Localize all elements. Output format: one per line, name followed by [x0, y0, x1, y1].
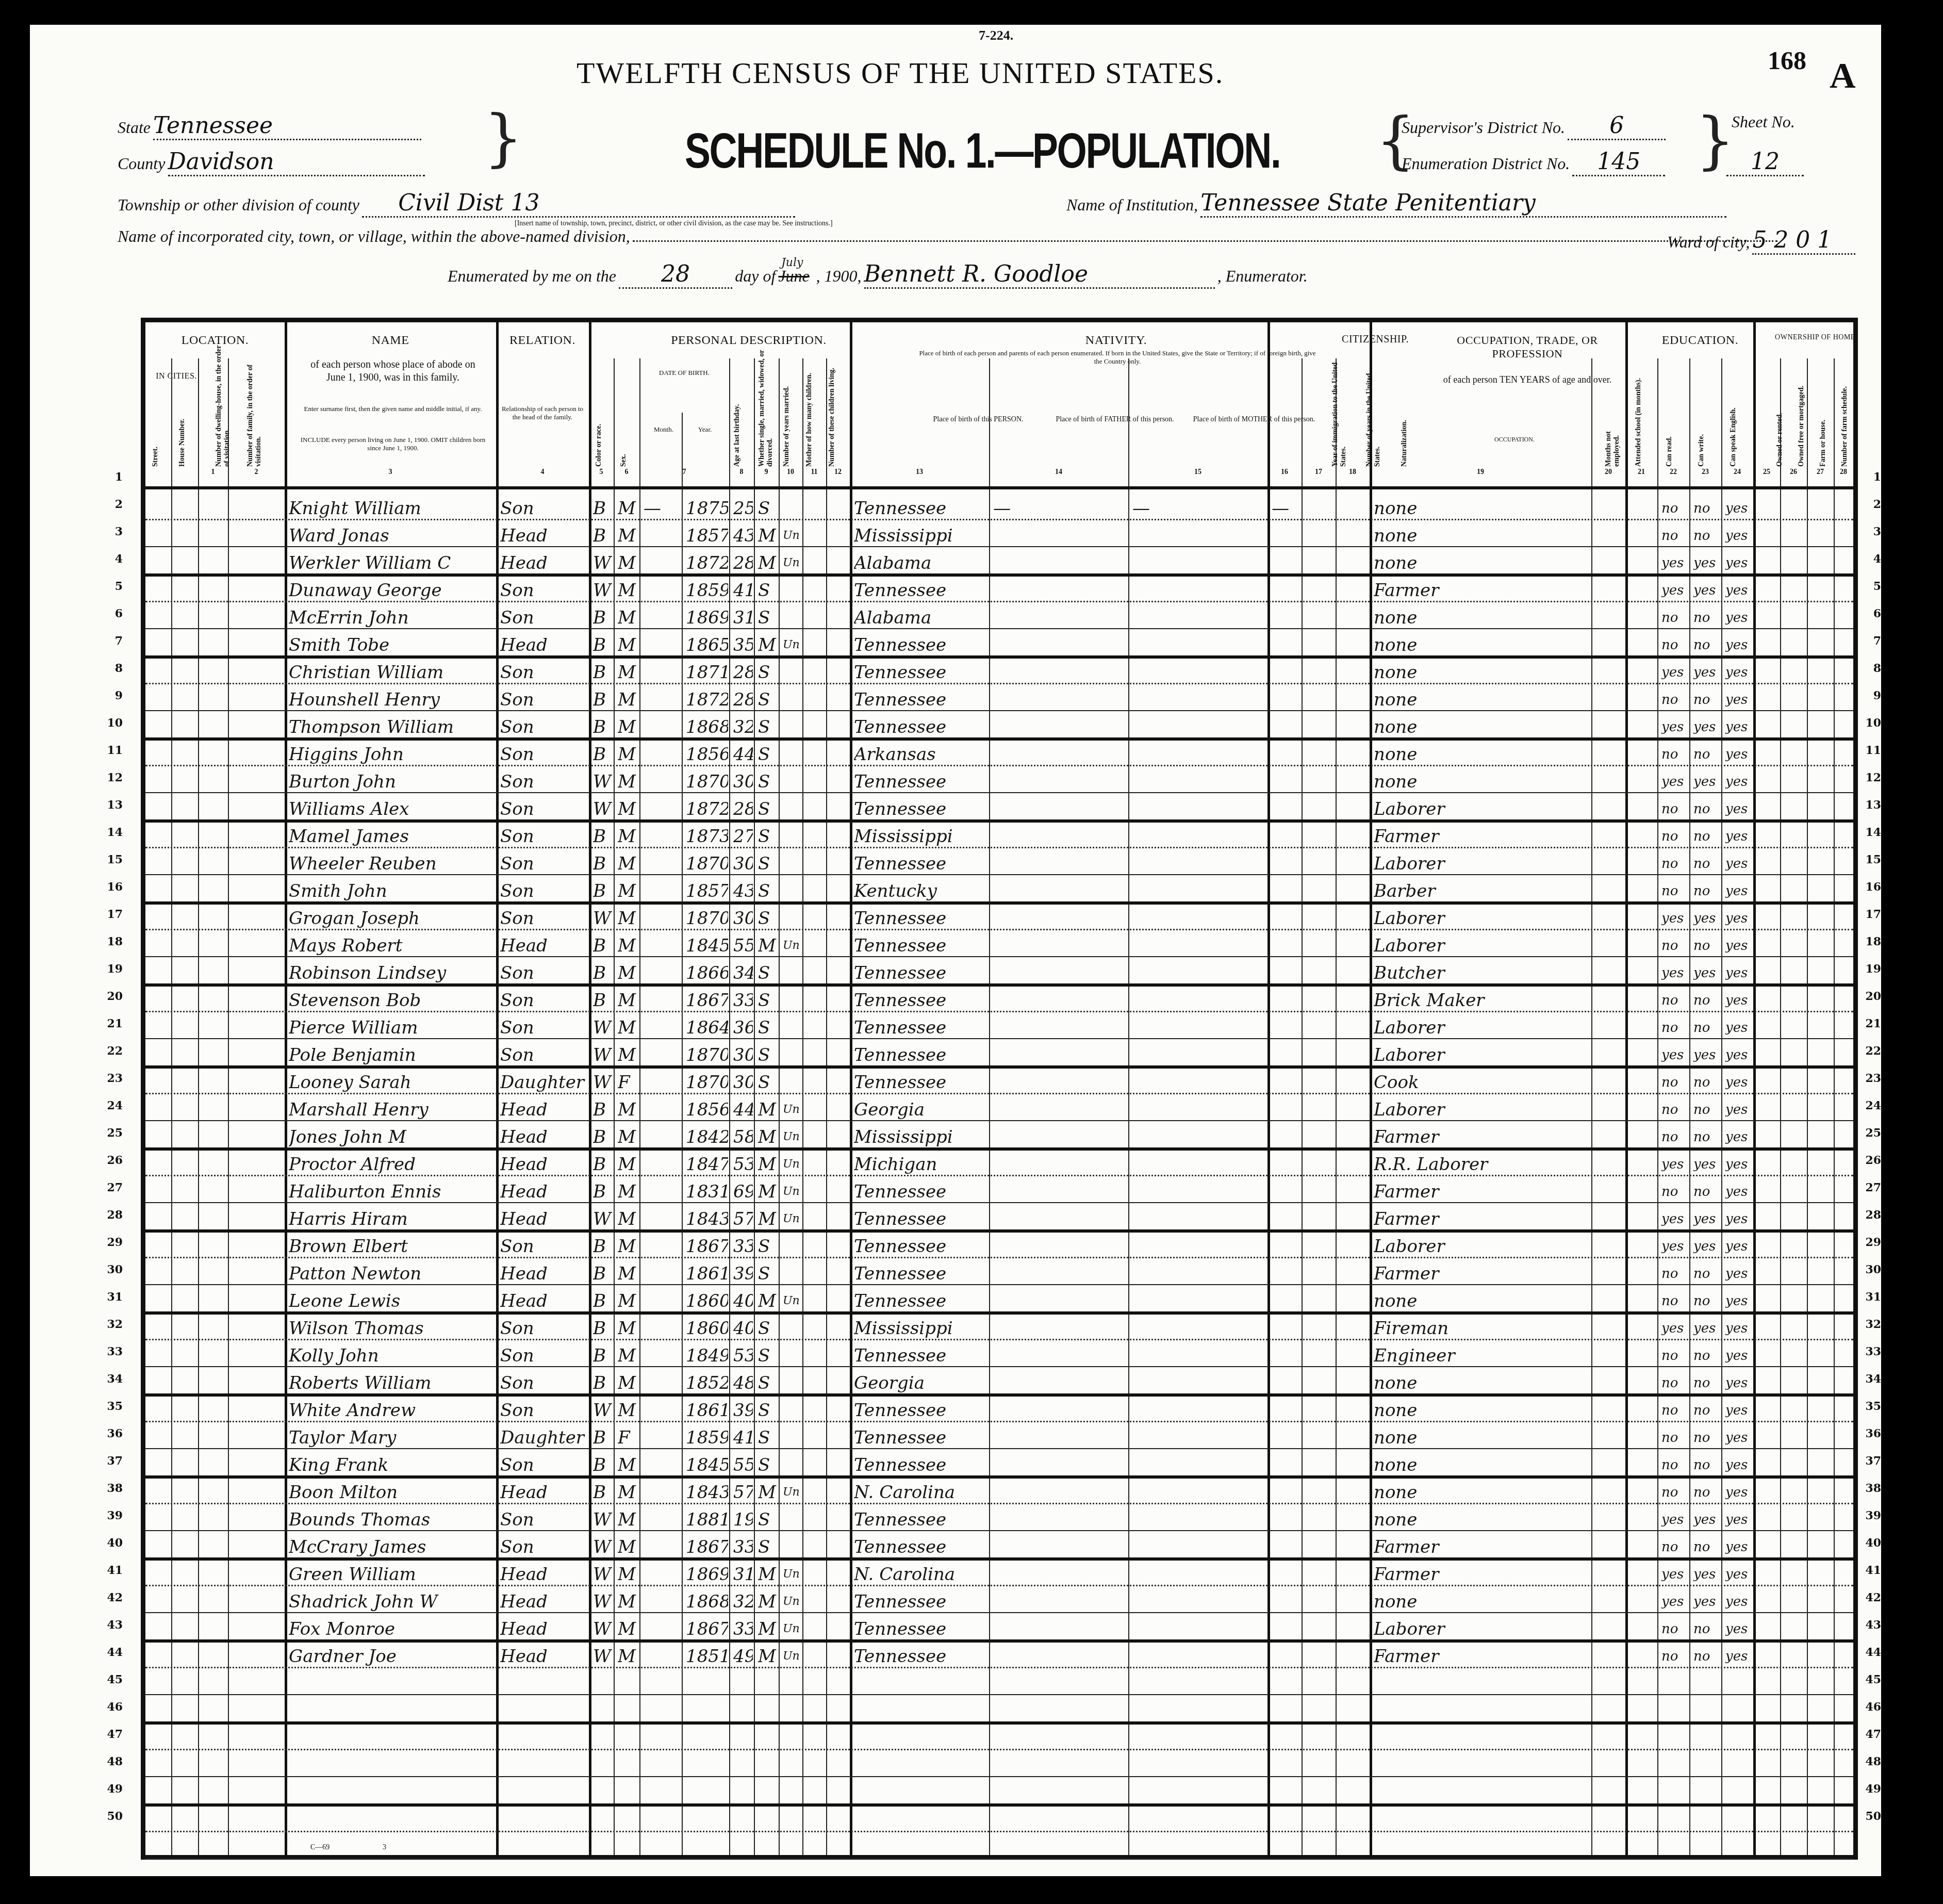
cell-month — [644, 520, 681, 547]
line-number: 34 — [92, 1372, 123, 1386]
cell-age: 30 — [733, 766, 753, 793]
table-row[interactable]: Marshall HenryHeadBM185644MUnGeorgiaLabo… — [145, 1094, 1853, 1121]
cell-english: yes — [1725, 1394, 1752, 1422]
cell-relation: Head — [500, 1121, 588, 1148]
row-divider — [145, 1257, 1853, 1258]
cell-name: Mays Robert — [289, 930, 495, 957]
table-row[interactable]: Werkler William CHeadWM187228MUnAlabaman… — [145, 547, 1853, 575]
cell-years-married — [783, 1066, 801, 1094]
enumeration-value: 145 — [1572, 149, 1665, 176]
cell-color: B — [593, 875, 613, 902]
cell-birth — [854, 1750, 988, 1777]
table-row[interactable]: Harris HiramHeadWM184357MUnTennesseeFarm… — [145, 1203, 1853, 1230]
cell-years-married — [783, 656, 801, 684]
cell-father — [993, 1367, 1127, 1394]
cell-mother — [1132, 1285, 1266, 1312]
cell-name — [289, 1695, 495, 1722]
cell-month — [644, 793, 681, 820]
cell-years-married: Un — [783, 1586, 801, 1613]
cell-write: no — [1693, 848, 1720, 875]
cell-years-married — [783, 1832, 801, 1859]
cell-father — [993, 1039, 1127, 1066]
cell-sex: M — [618, 820, 638, 848]
cell-read: yes — [1661, 766, 1688, 793]
row-divider — [145, 1639, 1853, 1643]
cell-sex: M — [618, 875, 638, 902]
cell-marital: M — [758, 1121, 778, 1148]
cell-month — [644, 1695, 681, 1722]
row-divider — [145, 1393, 1853, 1397]
cell-english: yes — [1725, 848, 1752, 875]
cell-english — [1725, 1722, 1752, 1750]
column-divider — [1625, 322, 1628, 1855]
line-number: 38 — [92, 1482, 123, 1495]
cell-occupation: none — [1374, 1476, 1590, 1504]
cell-month — [644, 1531, 681, 1558]
column-number: 20 — [1591, 468, 1625, 477]
population-table: LOCATION. IN CITIES. Street. House Numbe… — [141, 318, 1858, 1860]
line-number: 9 — [92, 689, 123, 702]
cell-marital: S — [758, 1367, 778, 1394]
cell-immig — [1272, 1695, 1300, 1722]
cell-year: 1845 — [686, 1449, 728, 1476]
column-divider — [496, 322, 499, 1855]
cell-age: 28 — [733, 656, 753, 684]
cell-month: — — [644, 493, 681, 520]
cell-english: yes — [1725, 1449, 1752, 1476]
cell-years-married — [783, 793, 801, 820]
column-divider — [198, 358, 199, 1855]
table-row[interactable]: Higgins JohnSonBM185644SArkansasnonenono… — [145, 738, 1853, 766]
cell-name: Leone Lewis — [289, 1285, 495, 1312]
cell-birth: Arkansas — [854, 738, 988, 766]
cell-immig — [1272, 1367, 1300, 1394]
cell-read: no — [1661, 875, 1688, 902]
cell-years-married — [783, 1531, 801, 1558]
cell-year: 1852 — [686, 1367, 728, 1394]
table-row[interactable]: Green WilliamHeadWM186931MUnN. CarolinaF… — [145, 1558, 1853, 1586]
row-divider — [145, 1475, 1853, 1479]
cell-color: B — [593, 602, 613, 629]
cell-years-married — [783, 493, 801, 520]
cell-read: no — [1661, 984, 1688, 1012]
column-number: 24 — [1721, 468, 1753, 477]
cell-month — [644, 1148, 681, 1176]
cell-name: Jones John M — [289, 1121, 495, 1148]
cell-age: 44 — [733, 1094, 753, 1121]
cell-birth: Tennessee — [854, 1422, 988, 1449]
cell-years-married — [783, 1722, 801, 1750]
cell-immig — [1272, 930, 1300, 957]
table-row[interactable] — [145, 1804, 1853, 1832]
cell-occupation — [1374, 1750, 1590, 1777]
line-number: 13 — [92, 798, 123, 812]
cell-name: King Frank — [289, 1449, 495, 1476]
cell-year: 1842 — [686, 1121, 728, 1148]
line-number: 10 — [92, 716, 123, 730]
cell-year: 1869 — [686, 602, 728, 629]
table-row[interactable]: Smith TobeHeadBM186535MUnTennesseenoneno… — [145, 629, 1853, 656]
line-number: 40 — [92, 1536, 123, 1550]
row-divider — [145, 1448, 1853, 1449]
table-row[interactable]: Roberts WilliamSonBM185248SGeorgianoneno… — [145, 1367, 1853, 1394]
cell-father — [993, 766, 1127, 793]
row-divider — [145, 1721, 1853, 1725]
row-divider — [145, 601, 1853, 602]
table-row[interactable]: McErrin JohnSonBM186931SAlabamanonenonoy… — [145, 602, 1853, 629]
table-row[interactable] — [145, 1750, 1853, 1777]
column-divider — [1834, 358, 1835, 1855]
cell-years-married — [783, 1312, 801, 1340]
line-number: 25 — [92, 1126, 123, 1140]
cell-year: 1873 — [686, 820, 728, 848]
table-row[interactable]: Dunaway GeorgeSonWM185941STennesseeFarme… — [145, 575, 1853, 602]
cell-immig: — — [1272, 493, 1300, 520]
cell-color — [593, 1804, 613, 1832]
table-row[interactable]: Shadrick John WHeadWM186832MUnTennesseen… — [145, 1586, 1853, 1613]
cell-mother — [1132, 984, 1266, 1012]
cell-father — [993, 1285, 1127, 1312]
cell-write: yes — [1693, 1039, 1720, 1066]
cell-write: no — [1693, 493, 1720, 520]
cell-name: Dunaway George — [289, 575, 495, 602]
month-struck: June — [778, 267, 809, 285]
cell-name: Roberts William — [289, 1367, 495, 1394]
cell-color: B — [593, 738, 613, 766]
head-occupation-group: OCCUPATION, TRADE, OR PROFESSION — [1427, 334, 1628, 360]
line-number: 21 — [92, 1017, 123, 1030]
cell-year — [686, 1777, 728, 1804]
cell-year: 1869 — [686, 1558, 728, 1586]
line-number: 18 — [92, 935, 123, 948]
table-row[interactable] — [145, 1668, 1853, 1695]
table-row[interactable]: Pole BenjaminSonWM187030STennesseeLabore… — [145, 1039, 1853, 1066]
cell-birth: N. Carolina — [854, 1476, 988, 1504]
cell-month — [644, 1394, 681, 1422]
table-row[interactable]: Hounshell HenrySonBM187228STennesseenone… — [145, 684, 1853, 711]
cell-occupation: Fireman — [1374, 1312, 1590, 1340]
cell-year: 1875 — [686, 493, 728, 520]
cell-sex: M — [618, 1531, 638, 1558]
form-id: 7-224. — [979, 28, 1013, 43]
cell-english: yes — [1725, 1640, 1752, 1668]
cell-birth: Tennessee — [854, 1066, 988, 1094]
cell-marital: S — [758, 1504, 778, 1531]
line-number: 36 — [92, 1427, 123, 1440]
table-row[interactable]: Smith JohnSonBM185743SKentuckyBarbernono… — [145, 875, 1853, 902]
cell-sex: M — [618, 1176, 638, 1203]
cell-birth: Georgia — [854, 1094, 988, 1121]
head-name-instr2: INCLUDE every person living on June 1, 1… — [300, 436, 486, 453]
cell-birth: Tennessee — [854, 1285, 988, 1312]
cell-sex: M — [618, 1586, 638, 1613]
head-house-number: House Number. — [178, 400, 187, 467]
cell-relation: Son — [500, 984, 588, 1012]
cell-father — [993, 1804, 1127, 1832]
cell-name: Bounds Thomas — [289, 1504, 495, 1531]
cell-age: 53 — [733, 1340, 753, 1367]
cell-age — [733, 1695, 753, 1722]
cell-age: 33 — [733, 1613, 753, 1640]
cell-occupation: Laborer — [1374, 848, 1590, 875]
cell-relation: Head — [500, 1640, 588, 1668]
cell-birth — [854, 1777, 988, 1804]
supervisor-label: Supervisor's District No. — [1402, 118, 1565, 137]
cell-sex: M — [618, 575, 638, 602]
column-number: 25 — [1753, 468, 1780, 477]
cell-birth: Tennessee — [854, 1504, 988, 1531]
cell-immig — [1272, 793, 1300, 820]
cell-relation: Son — [500, 1367, 588, 1394]
table-row[interactable]: Bounds ThomasSonWM188119STennesseenoneye… — [145, 1504, 1853, 1531]
cell-immig — [1272, 1586, 1300, 1613]
cell-read: no — [1661, 1422, 1688, 1449]
head-farm-schedule: Number of farm schedule. — [1841, 348, 1849, 467]
cell-years-married: Un — [783, 520, 801, 547]
cell-years-married — [783, 1668, 801, 1695]
cell-write — [1693, 1777, 1720, 1804]
table-row[interactable]: Ward JonasHeadBM185743MUnMississippinone… — [145, 520, 1853, 547]
table-row[interactable]: Stevenson BobSonBM186733STennesseeBrick … — [145, 984, 1853, 1012]
cell-father — [993, 575, 1127, 602]
column-divider — [802, 358, 803, 1855]
table-row[interactable]: Looney SarahDaughterWF187030STennesseeCo… — [145, 1066, 1853, 1094]
cell-occupation: none — [1374, 1449, 1590, 1476]
line-number: 28 — [1850, 1208, 1881, 1222]
cell-color: B — [593, 1230, 613, 1258]
cell-age: 39 — [733, 1258, 753, 1285]
table-row[interactable]: Gardner JoeHeadWM185149MUnTennesseeFarme… — [145, 1640, 1853, 1668]
line-number: 17 — [92, 908, 123, 921]
cell-father — [993, 1394, 1127, 1422]
cell-english: yes — [1725, 1230, 1752, 1258]
cell-age: 30 — [733, 1039, 753, 1066]
cell-write: yes — [1693, 711, 1720, 738]
cell-color: B — [593, 1148, 613, 1176]
cell-year: 1851 — [686, 1640, 728, 1668]
table-row[interactable]: Wilson ThomasSonBM186040SMississippiFire… — [145, 1312, 1853, 1340]
cell-read: no — [1661, 1094, 1688, 1121]
cell-mother — [1132, 1148, 1266, 1176]
line-number: 20 — [92, 990, 123, 1003]
institution-value: Tennessee State Penitentiary — [1200, 190, 1726, 218]
cell-month — [644, 1586, 681, 1613]
cell-occupation: none — [1374, 1285, 1590, 1312]
cell-mother — [1132, 1176, 1266, 1203]
cell-immig — [1272, 547, 1300, 575]
cell-year: 1831 — [686, 1176, 728, 1203]
township-field: Township or other division of county Civ… — [118, 190, 795, 218]
cell-name: Proctor Alfred — [289, 1148, 495, 1176]
cell-year: 1870 — [686, 902, 728, 930]
cell-color: W — [593, 575, 613, 602]
column-divider — [589, 322, 591, 1855]
table-row[interactable]: Fox MonroeHeadWM186733MUnTennesseeLabore… — [145, 1613, 1853, 1640]
table-row[interactable]: Mamel JamesSonBM187327SMississippiFarmer… — [145, 820, 1853, 848]
cell-years-married — [783, 1394, 801, 1422]
cell-marital — [758, 1804, 778, 1832]
cell-english: yes — [1725, 820, 1752, 848]
table-row[interactable]: King FrankSonBM184555STennesseenonenonoy… — [145, 1449, 1853, 1476]
brace-left: } — [484, 107, 523, 169]
line-number: 33 — [1850, 1345, 1881, 1358]
cell-read — [1661, 1832, 1688, 1859]
row-divider — [145, 1749, 1853, 1750]
cell-sex: M — [618, 1558, 638, 1586]
row-divider — [145, 1366, 1853, 1367]
table-row[interactable]: Leone LewisHeadBM186040MUnTennesseenonen… — [145, 1285, 1853, 1312]
cell-write: no — [1693, 1258, 1720, 1285]
table-row[interactable]: Burton JohnSonWM187030STennesseenoneyesy… — [145, 766, 1853, 793]
cell-immig — [1272, 575, 1300, 602]
table-row[interactable]: Proctor AlfredHeadBM184753MUnMichiganR.R… — [145, 1148, 1853, 1176]
line-number: 28 — [92, 1208, 123, 1222]
cell-sex: M — [618, 1340, 638, 1367]
cell-color: W — [593, 1531, 613, 1558]
cell-english: yes — [1725, 711, 1752, 738]
line-number: 1 — [1850, 470, 1881, 484]
cell-month — [644, 848, 681, 875]
cell-birth: Kentucky — [854, 875, 988, 902]
table-row[interactable]: Thompson WilliamSonBM186832STennesseenon… — [145, 711, 1853, 738]
cell-name: Fox Monroe — [289, 1613, 495, 1640]
table-row[interactable]: Taylor MaryDaughterBF185941STennesseenon… — [145, 1422, 1853, 1449]
table-row[interactable]: Haliburton EnnisHeadBM183169MUnTennessee… — [145, 1176, 1853, 1203]
row-divider — [145, 1694, 1853, 1695]
cell-read: no — [1661, 848, 1688, 875]
table-row[interactable]: Robinson LindseySonBM186634STennesseeBut… — [145, 957, 1853, 984]
cell-color: B — [593, 1422, 613, 1449]
cell-year: 1881 — [686, 1504, 728, 1531]
cell-birth: Tennessee — [854, 1258, 988, 1285]
cell-marital: S — [758, 1066, 778, 1094]
cell-marital: M — [758, 1558, 778, 1586]
cell-marital: S — [758, 1449, 778, 1476]
cell-father — [993, 1668, 1127, 1695]
cell-immig — [1272, 1340, 1300, 1367]
cell-sex — [618, 1832, 638, 1859]
table-row[interactable]: Boon MiltonHeadBM184357MUnN. Carolinanon… — [145, 1476, 1853, 1504]
cell-sex: M — [618, 848, 638, 875]
head-years-in-us: Number of years in the United States. — [1365, 353, 1383, 467]
table-row[interactable]: Pierce WilliamSonWM186436STennesseeLabor… — [145, 1012, 1853, 1039]
cell-sex: M — [618, 1039, 638, 1066]
cell-relation: Son — [500, 957, 588, 984]
cell-relation — [500, 1777, 588, 1804]
row-divider — [145, 956, 1853, 957]
cell-color: B — [593, 1476, 613, 1504]
cell-read: yes — [1661, 902, 1688, 930]
cell-mother — [1132, 629, 1266, 656]
cell-mother — [1132, 930, 1266, 957]
cell-mother — [1132, 1258, 1266, 1285]
cell-english: yes — [1725, 1094, 1752, 1121]
table-row[interactable]: Brown ElbertSonBM186733STennesseeLaborer… — [145, 1230, 1853, 1258]
cell-name: McErrin John — [289, 602, 495, 629]
cell-birth: Alabama — [854, 547, 988, 575]
cell-year: 1859 — [686, 575, 728, 602]
cell-name: Knight William — [289, 493, 495, 520]
cell-write: yes — [1693, 575, 1720, 602]
cell-relation: Son — [500, 848, 588, 875]
cell-write: no — [1693, 1285, 1720, 1312]
table-row[interactable]: Patton NewtonHeadBM186139STennesseeFarme… — [145, 1258, 1853, 1285]
cell-father — [993, 1094, 1127, 1121]
cell-read: no — [1661, 1258, 1688, 1285]
cell-relation: Son — [500, 1504, 588, 1531]
table-row[interactable]: McCrary JamesSonWM186733STennesseeFarmer… — [145, 1531, 1853, 1558]
line-number: 32 — [1850, 1318, 1881, 1331]
line-number: 10 — [1850, 716, 1881, 730]
cell-mother — [1132, 1121, 1266, 1148]
cell-immig — [1272, 1148, 1300, 1176]
cell-sex: M — [618, 493, 638, 520]
cell-month — [644, 902, 681, 930]
line-number: 14 — [1850, 826, 1881, 839]
table-row[interactable]: Christian WilliamSonBM187128STennesseeno… — [145, 656, 1853, 684]
table-row[interactable] — [145, 1695, 1853, 1722]
cell-month — [644, 1449, 681, 1476]
table-row[interactable]: Jones John MHeadBM184258MUnMississippiFa… — [145, 1121, 1853, 1148]
line-number: 3 — [92, 525, 123, 538]
cell-read: yes — [1661, 1558, 1688, 1586]
city-value — [633, 240, 1777, 242]
table-row[interactable]: Knight WilliamSonBM—187525STennessee———n… — [145, 493, 1853, 520]
cell-color: W — [593, 766, 613, 793]
row-divider — [145, 929, 1853, 930]
cell-read: yes — [1661, 656, 1688, 684]
cell-color: B — [593, 1340, 613, 1367]
cell-year: 1872 — [686, 793, 728, 820]
enumerated-day: 28 — [619, 261, 732, 289]
table-row[interactable]: Mays RobertHeadBM184555MUnTennesseeLabor… — [145, 930, 1853, 957]
table-row[interactable] — [145, 1777, 1853, 1804]
row-divider — [145, 628, 1853, 629]
cell-relation — [500, 1804, 588, 1832]
table-row[interactable]: Wheeler ReubenSonBM187030STennesseeLabor… — [145, 848, 1853, 875]
cell-father — [993, 1558, 1127, 1586]
cell-age: 41 — [733, 575, 753, 602]
cell-marital: S — [758, 602, 778, 629]
cell-english: yes — [1725, 1367, 1752, 1394]
cell-name: Ward Jonas — [289, 520, 495, 547]
cell-marital: S — [758, 957, 778, 984]
table-row[interactable]: Kolly JohnSonBM184953STennesseeEngineern… — [145, 1340, 1853, 1367]
table-row[interactable]: White AndrewSonWM186139STennesseenonenon… — [145, 1394, 1853, 1422]
column-number: 21 — [1625, 468, 1657, 477]
line-number: 8 — [92, 662, 123, 675]
cell-occupation: Laborer — [1374, 1094, 1590, 1121]
table-row[interactable] — [145, 1722, 1853, 1750]
cell-age: 30 — [733, 1066, 753, 1094]
table-row[interactable]: Grogan JosephSonWM187030STennesseeLabore… — [145, 902, 1853, 930]
cell-age: 55 — [733, 1449, 753, 1476]
cell-years-married — [783, 711, 801, 738]
column-divider — [754, 358, 755, 1855]
line-number: 4 — [1850, 552, 1881, 566]
table-row[interactable] — [145, 1832, 1853, 1859]
cell-color: B — [593, 684, 613, 711]
schedule-title: SCHEDULE No. 1.—POPULATION. — [685, 123, 1280, 179]
line-number: 34 — [1850, 1372, 1881, 1386]
cell-english — [1725, 1804, 1752, 1832]
enumeration-label: Enumeration District No. — [1402, 154, 1570, 173]
column-divider — [779, 358, 780, 1855]
cell-relation: Son — [500, 575, 588, 602]
column-number: 3 — [285, 468, 496, 477]
cell-relation: Son — [500, 1230, 588, 1258]
table-row[interactable]: Williams AlexSonWM187228STennesseeLabore… — [145, 793, 1853, 820]
